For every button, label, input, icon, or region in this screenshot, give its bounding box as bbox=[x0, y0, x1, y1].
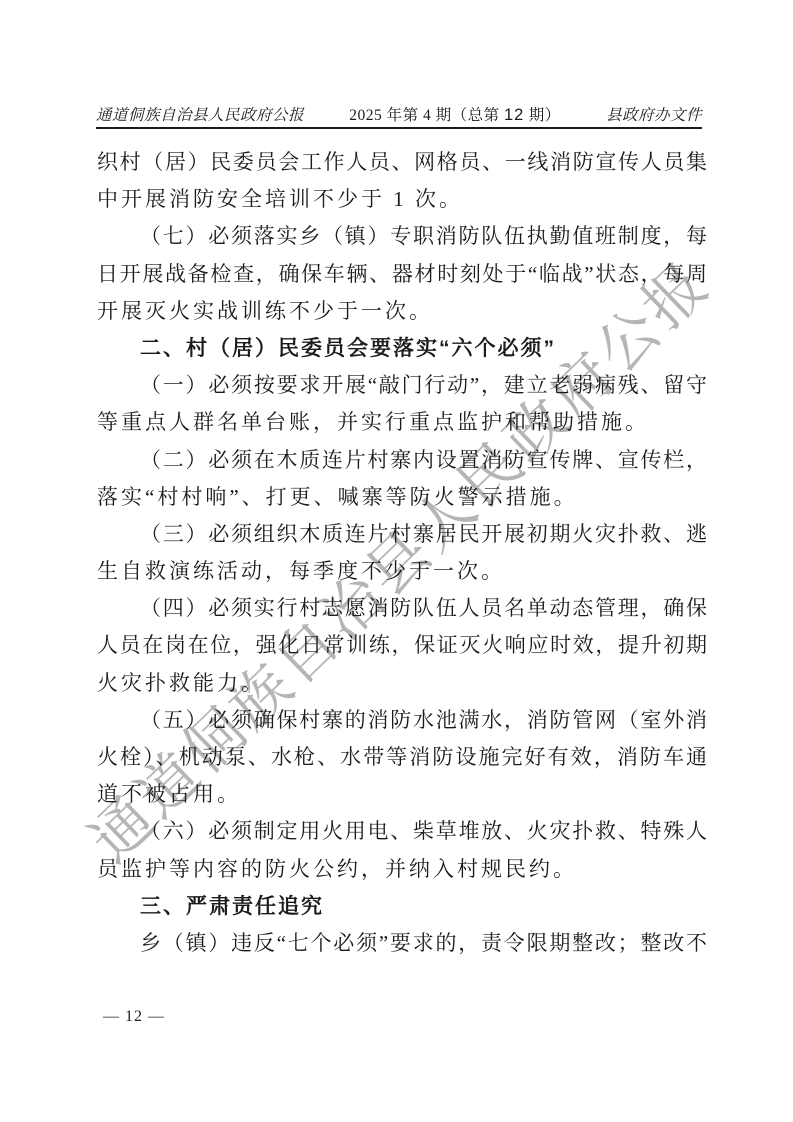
body-line: 人员在岗在位，强化日常训练，保证灭火响应时效，提升初期 bbox=[97, 627, 707, 664]
body-line: （三）必须组织木质连片村寨居民开展初期火灾扑救、逃 bbox=[97, 516, 707, 553]
body-line: 织村（居）民委员会工作人员、网格员、一线消防宣传人员集 bbox=[97, 144, 707, 181]
body-line: 乡（镇）违反“七个必须”要求的，责令限期整改；整改不 bbox=[97, 925, 707, 962]
body-line: 员监护等内容的防火公约，并纳入村规民约。 bbox=[97, 851, 707, 888]
body-line: （二）必须在木质连片村寨内设置消防宣传牌、宣传栏， bbox=[97, 442, 707, 479]
body-line: 中开展消防安全培训不少于 1 次。 bbox=[97, 181, 707, 218]
document-body: 织村（居）民委员会工作人员、网格员、一线消防宣传人员集 中开展消防安全培训不少于… bbox=[97, 144, 707, 962]
body-line: （七）必须落实乡（镇）专职消防队伍执勤值班制度，每 bbox=[97, 218, 707, 255]
page-header: 通道侗族自治县人民政府公报 2025 年第 4 期（总第 12 期） 县政府办文… bbox=[96, 101, 702, 129]
header-publication-title: 通道侗族自治县人民政府公报 bbox=[96, 107, 304, 125]
issue-number: 12 bbox=[504, 106, 524, 124]
issue-prefix: 2025 年第 4 期（总第 bbox=[349, 107, 504, 124]
header-issue-info: 2025 年第 4 期（总第 12 期） bbox=[349, 106, 561, 125]
body-line: （六）必须制定用火用电、柴草堆放、火灾扑救、特殊人 bbox=[97, 813, 707, 850]
body-line: 日开展战备检查，确保车辆、器材时刻处于“临战”状态，每周 bbox=[97, 256, 707, 293]
body-line: （四）必须实行村志愿消防队伍人员名单动态管理，确保 bbox=[97, 590, 707, 627]
body-line: 开展灭火实战训练不少于一次。 bbox=[97, 293, 707, 330]
section-heading: 三、严肃责任追究 bbox=[97, 888, 707, 925]
body-line: （一）必须按要求开展“敲门行动”，建立老弱病残、留守 bbox=[97, 367, 707, 404]
body-line: （五）必须确保村寨的消防水池满水，消防管网（室外消 bbox=[97, 702, 707, 739]
header-section-label: 县政府办文件 bbox=[606, 107, 702, 125]
body-line: 火灾扑救能力。 bbox=[97, 665, 707, 702]
page-number: — 12 — bbox=[103, 1008, 165, 1026]
section-heading: 二、村（居）民委员会要落实“六个必须” bbox=[97, 330, 707, 367]
issue-suffix: 期） bbox=[524, 107, 560, 124]
body-line: 生自救演练活动，每季度不少于一次。 bbox=[97, 553, 707, 590]
body-line: 火栓）、机动泵、水枪、水带等消防设施完好有效，消防车通 bbox=[97, 739, 707, 776]
gazette-page: 通道侗族自治县人民政府公报 2025 年第 4 期（总第 12 期） 县政府办文… bbox=[0, 0, 793, 1122]
body-line: 落实“村村响”、打更、喊寨等防火警示措施。 bbox=[97, 479, 707, 516]
body-line: 等重点人群名单台账，并实行重点监护和帮助措施。 bbox=[97, 404, 707, 441]
body-line: 道不被占用。 bbox=[97, 776, 707, 813]
